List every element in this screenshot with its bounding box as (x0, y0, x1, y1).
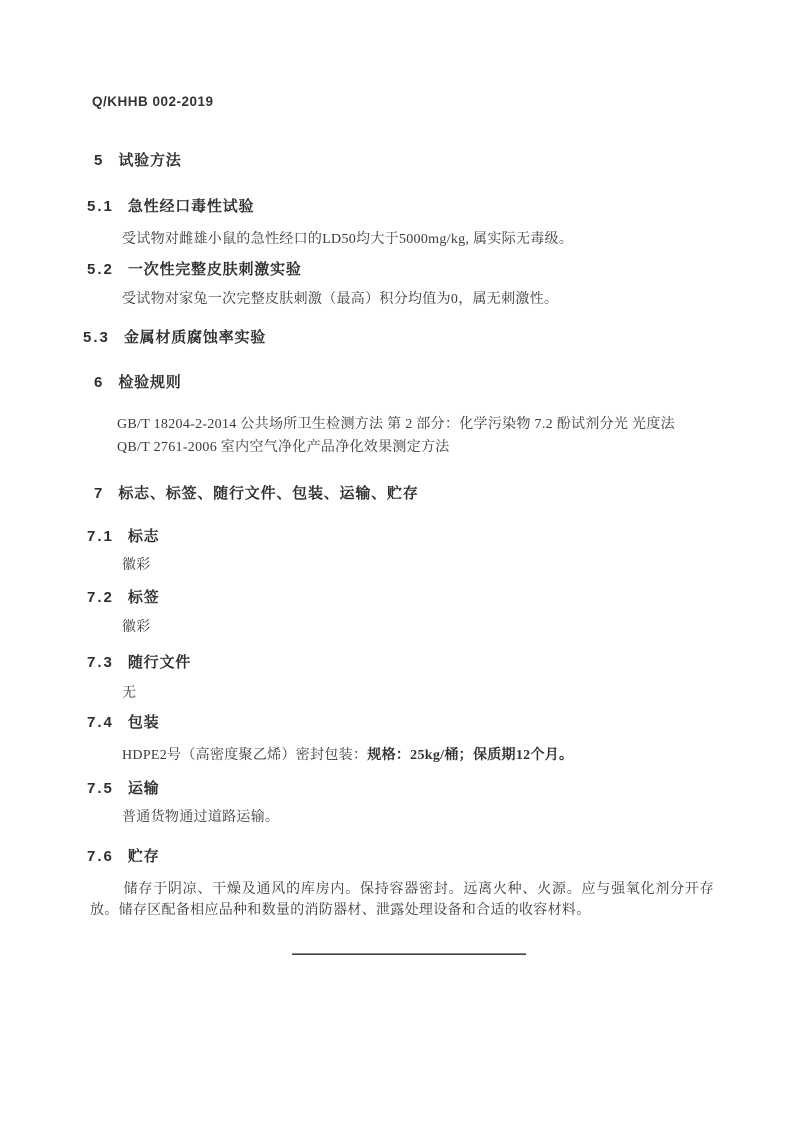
section-7-2-number: 7.2 (87, 589, 114, 606)
section-5-2-paragraph: 受试物对家兔一次完整皮肤刺激（最高）积分均值为0，属无刺激性。 (122, 288, 558, 308)
section-5-3-number: 5.3 (83, 329, 110, 346)
section-7-number: 7 (94, 485, 104, 502)
section-6-references: GB/T 18204-2-2014 公共场所卫生检测方法 第 2 部分：化学污染… (117, 413, 675, 459)
section-7-2-paragraph: 徽彩 (122, 616, 151, 636)
section-7-1-number: 7.1 (87, 528, 114, 545)
section-7-title: 标志、标签、随行文件、包装、运输、贮存 (118, 485, 418, 502)
section-6-number: 6 (94, 374, 104, 391)
document-end-divider (292, 953, 526, 955)
section-7-3-paragraph: 无 (122, 682, 136, 702)
section-7-1-title: 标志 (128, 528, 160, 545)
section-7-4-paragraph: HDPE2号（高密度聚乙烯）密封包装：规格：25kg/桶；保质期12个月。 (122, 744, 573, 764)
section-5-2-number: 5.2 (87, 261, 114, 278)
document-page: Q/KHHB 002-2019 5试验方法 5.1急性经口毒性试验 受试物对雌雄… (0, 0, 800, 1130)
section-5-2-heading: 5.2一次性完整皮肤刺激实验 (87, 258, 302, 279)
section-5-1-title: 急性经口毒性试验 (128, 198, 254, 215)
section-7-1-heading: 7.1标志 (87, 525, 159, 546)
section-7-6-heading: 7.6贮存 (87, 845, 159, 866)
section-7-6-paragraph: 储存于阴凉、干燥及通风的库房内。保持容器密封。远离火种、火源。应与强氧化剂分开存… (90, 879, 714, 921)
section-7-3-title: 随行文件 (128, 654, 191, 671)
section-5-3-title: 金属材质腐蚀率实验 (124, 329, 266, 346)
section-7-2-heading: 7.2标签 (87, 586, 159, 607)
section-7-5-heading: 7.5运输 (87, 777, 159, 798)
reference-line: QB/T 2761-2006 室内空气净化产品净化效果测定方法 (117, 436, 675, 459)
section-7-4-heading: 7.4包装 (87, 711, 159, 732)
section-7-1-paragraph: 徽彩 (122, 554, 151, 574)
reference-line: GB/T 18204-2-2014 公共场所卫生检测方法 第 2 部分：化学污染… (117, 413, 675, 436)
section-7-3-heading: 7.3随行文件 (87, 651, 191, 672)
section-7-6-title: 贮存 (128, 848, 160, 865)
section-6-title: 检验规则 (118, 374, 181, 391)
packing-spec-normal: HDPE2号（高密度聚乙烯）密封包装： (122, 748, 367, 763)
section-7-5-number: 7.5 (87, 780, 114, 797)
section-7-heading: 7标志、标签、随行文件、包装、运输、贮存 (94, 482, 419, 503)
section-5-heading: 5试验方法 (94, 149, 182, 170)
section-7-3-number: 7.3 (87, 654, 114, 671)
packing-spec-bold: 规格：25kg/桶；保质期12个月。 (367, 748, 573, 763)
section-7-6-number: 7.6 (87, 848, 114, 865)
section-5-2-title: 一次性完整皮肤刺激实验 (128, 261, 302, 278)
section-7-4-title: 包装 (128, 714, 160, 731)
section-5-title: 试验方法 (118, 152, 181, 169)
section-5-1-number: 5.1 (87, 198, 114, 215)
section-7-5-paragraph: 普通货物通过道路运输。 (122, 806, 279, 826)
section-5-1-paragraph: 受试物对雌雄小鼠的急性经口的LD50均大于5000mg/kg, 属实际无毒级。 (122, 228, 573, 248)
section-7-5-title: 运输 (128, 780, 160, 797)
doc-number: Q/KHHB 002-2019 (92, 94, 214, 109)
section-7-2-title: 标签 (128, 589, 160, 606)
section-5-3-heading: 5.3金属材质腐蚀率实验 (83, 326, 266, 347)
section-5-number: 5 (94, 152, 104, 169)
section-6-heading: 6检验规则 (94, 371, 182, 392)
section-7-4-number: 7.4 (87, 714, 114, 731)
section-5-1-heading: 5.1急性经口毒性试验 (87, 195, 254, 216)
